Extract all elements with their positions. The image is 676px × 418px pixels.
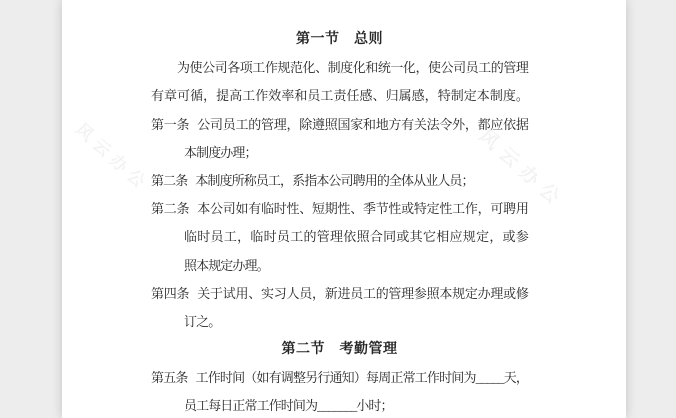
clause-number: 第二条 (151, 173, 187, 188)
clause-line: 第二条本公司如有临时性、短期性、季节性或特定性工作，可聘用 (151, 195, 528, 223)
paragraph-line: 本制度办理； (151, 139, 528, 167)
clause-line: 第二条本制度所称员工，系指本公司聘用的全体从业人员； (151, 167, 528, 195)
paragraph-line: 订之。 (151, 308, 528, 336)
paragraph-line: 照本规定办理。 (151, 252, 528, 280)
document-content: 第一节 总则 为使公司各项工作规范化、制度化和统一化，使公司员工的管理 有章可循… (151, 26, 528, 418)
clause-line: 第一条公司员工的管理，除遵照国家和地方有关法令外，都应依据 (151, 111, 528, 139)
document-page: 风云办公 风云办公 第一节 总则 为使公司各项工作规范化、制度化和统一化，使公司… (62, 0, 626, 418)
watermark-text: 风云办公 (71, 116, 156, 196)
paragraph-line: 临时员工，临时员工的管理依照合同或其它相应规定，或参 (151, 223, 528, 251)
clause-text: 本公司如有临时性、短期性、季节性或特定性工作，可聘用 (197, 201, 528, 216)
paragraph-line: 员工每日正常工作时间为_______小时； (151, 392, 528, 418)
section-heading: 第一节 总则 (151, 26, 528, 54)
clause-number: 第五条 (151, 370, 188, 385)
screenshot-canvas: 风云办公 风云办公 第一节 总则 为使公司各项工作规范化、制度化和统一化，使公司… (0, 0, 676, 418)
paragraph-line: 有章可循，提高工作效率和员工责任感、归属感，特制定本制度。 (151, 82, 528, 110)
clause-line: 第五条工作时间（如有调整另行通知）每周正常工作时间为_____天， (151, 364, 528, 392)
clause-number: 第二条 (151, 201, 189, 216)
clause-text: 工作时间（如有调整另行通知）每周正常工作时间为_____天， (196, 370, 528, 385)
clause-text: 关于试用、实习人员，新进员工的管理参照本规定办理或修 (197, 286, 528, 301)
section-heading: 第二节 考勤管理 (151, 336, 528, 364)
clause-number: 第四条 (151, 286, 189, 301)
clause-line: 第四条关于试用、实习人员，新进员工的管理参照本规定办理或修 (151, 280, 528, 308)
clause-number: 第一条 (151, 117, 189, 132)
clause-text: 本制度所称员工，系指本公司聘用的全体从业人员； (195, 173, 473, 188)
clause-text: 公司员工的管理，除遵照国家和地方有关法令外，都应依据 (197, 117, 528, 132)
paragraph-line: 为使公司各项工作规范化、制度化和统一化，使公司员工的管理 (151, 54, 528, 82)
